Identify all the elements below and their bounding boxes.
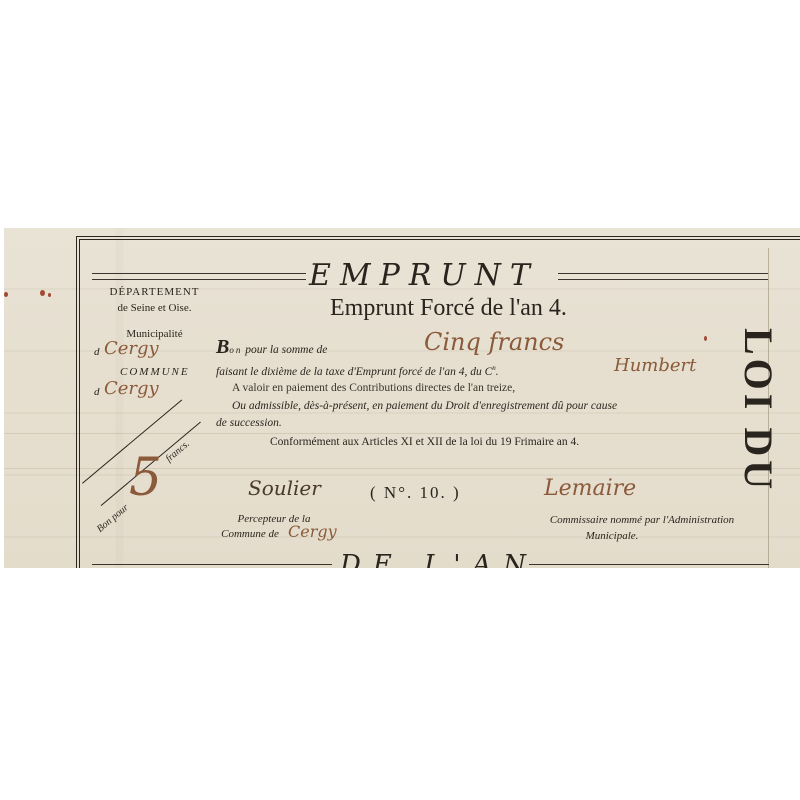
municipality-handwritten: Cergy xyxy=(104,338,159,359)
body-line-2: faisant le dixième de la taxe d'Emprunt … xyxy=(216,364,499,378)
citizen-abbrev-sup: n xyxy=(492,364,496,372)
municipality-prefix: d xyxy=(94,346,100,358)
department-name: de Seine et Oise. xyxy=(92,302,217,314)
ink-stain xyxy=(48,293,51,297)
commune-handwritten: Cergy xyxy=(104,378,159,399)
commissioner-caption-1: Commissaire nommé par l'Administration xyxy=(514,514,770,526)
document-header: EMPRUNT xyxy=(309,258,539,293)
body-line-4: Ou admissible, dès-à-présent, en paiemen… xyxy=(232,400,617,412)
department-block: DÉPARTEMENT de Seine et Oise. Municipali… xyxy=(92,286,217,340)
commissioner-signature: Lemaire xyxy=(544,476,636,501)
bon-initial: B xyxy=(216,336,229,358)
perceptor-commune-handwritten: Cergy xyxy=(288,522,337,541)
commune-prefix: d xyxy=(94,386,100,398)
bon-rest: on xyxy=(229,345,242,355)
footer-rule-right xyxy=(529,564,769,568)
commune-label: COMMUNE xyxy=(120,366,190,378)
document-number: ( N°. 10. ) xyxy=(370,483,461,503)
perceptor-signature: Soulier xyxy=(248,476,321,500)
citizen-handwritten: Humbert xyxy=(614,355,696,376)
title-rule-left xyxy=(92,273,306,280)
amount-handwritten: Cinq francs xyxy=(424,328,564,356)
side-vertical-text: LOI DU xyxy=(735,328,782,493)
perceptor-caption-2: Commune de xyxy=(210,528,290,540)
body-line-3: A valoir en paiement des Contributions d… xyxy=(232,382,515,394)
body-line-6: Conformément aux Articles XI et XII de l… xyxy=(270,436,579,448)
body-line-1: Bon pour la somme de xyxy=(216,336,327,359)
body-line-1-text: pour la somme de xyxy=(245,344,327,356)
department-label: DÉPARTEMENT xyxy=(92,286,217,298)
stamp-handwritten-value: 5 xyxy=(129,448,162,508)
commissioner-caption-2: Municipale. xyxy=(514,530,710,542)
title-rule-right xyxy=(558,273,768,280)
ink-stain xyxy=(4,292,8,297)
document-subtitle: Emprunt Forcé de l'an 4. xyxy=(330,295,567,322)
footer-partial-text: DE L'AN xyxy=(340,550,538,568)
body-line-2-text: faisant le dixième de la taxe d'Emprunt … xyxy=(216,366,492,378)
footer-rule-left xyxy=(92,564,332,568)
body-line-5: de succession. xyxy=(216,417,282,429)
assignat-document: EMPRUNT Emprunt Forcé de l'an 4. DÉPARTE… xyxy=(4,228,800,568)
ink-stain xyxy=(40,290,45,296)
